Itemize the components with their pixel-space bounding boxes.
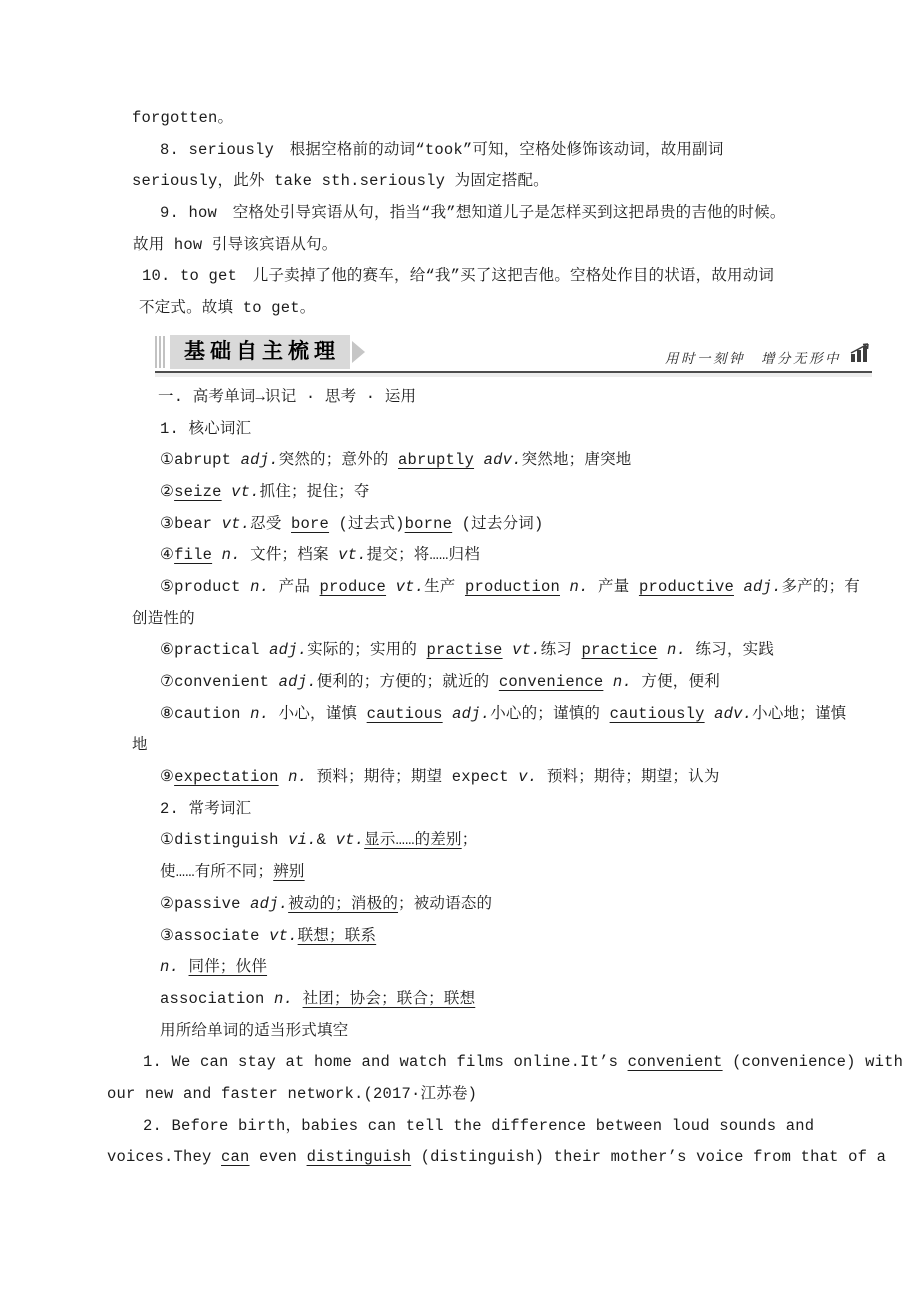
- text-segment: [443, 705, 453, 723]
- vocab-section: 一. 高考单词→识记 · 思考 · 运用1. 核心词汇①abrupt adj.突…: [0, 382, 920, 1174]
- text-segment: ；被动语态的: [398, 895, 492, 913]
- text-segment: adj.: [279, 673, 317, 691]
- text-line: 故用 how 引导该宾语从句。: [133, 230, 920, 262]
- text-line: 创造性的: [132, 604, 920, 636]
- text-segment: [222, 483, 232, 501]
- text-segment: vt.: [222, 515, 251, 533]
- banner-title: 基础自主梳理: [170, 335, 350, 369]
- underlined-term: cautiously: [610, 705, 705, 723]
- text-segment: 用所给单词的适当形式填空: [160, 1022, 348, 1040]
- document-page: forgotten。8. seriously 根据空格前的动词“took”可知，…: [0, 0, 920, 1302]
- text-segment: vt.: [336, 831, 365, 849]
- text-segment: n.: [667, 641, 686, 659]
- text-segment: [705, 705, 715, 723]
- text-segment: 突然的；意外的: [279, 451, 398, 469]
- text-segment: even: [250, 1148, 307, 1166]
- text-segment: vt.: [269, 927, 298, 945]
- underlined-term: practise: [427, 641, 503, 659]
- text-line: ③bear vt.忍受 bore (过去式)borne (过去分词): [160, 509, 920, 541]
- text-segment: n.: [250, 705, 269, 723]
- text-segment: 不定式。故填 to get。: [139, 299, 315, 317]
- text-segment: ；: [462, 831, 478, 849]
- underlined-term: 联想；联系: [298, 927, 377, 945]
- text-segment: vt.: [396, 578, 425, 596]
- text-segment: n.: [250, 578, 269, 596]
- text-line: ①abrupt adj.突然的；意外的 abruptly adv.突然地；唐突地: [160, 445, 920, 477]
- text-segment: 突然地；唐突地: [522, 451, 632, 469]
- underlined-term: convenient: [628, 1053, 723, 1071]
- text-line: 1. We can stay at home and watch films o…: [143, 1047, 920, 1079]
- text-line: ⑧caution n. 小心，谨慎 cautious adj.小心的；谨慎的 c…: [160, 699, 920, 731]
- text-line: 10. to get 儿子卖掉了他的赛车，给“我”买了这把吉他。空格处作目的状语…: [142, 261, 920, 293]
- text-line: association n. 社团；协会；联合；联想: [160, 984, 920, 1016]
- text-segment: ⑧caution: [160, 705, 250, 723]
- text-segment: 地: [132, 736, 148, 754]
- text-segment: vt.: [512, 641, 541, 659]
- text-line: ③associate vt.联想；联系: [160, 921, 920, 953]
- text-segment: adj.: [241, 451, 279, 469]
- text-segment: [179, 958, 189, 976]
- text-line: 地: [132, 730, 920, 762]
- text-line: 9. how 空格处引导宾语从句，指当“我”想知道儿子是怎样买到这把昂贵的吉他的…: [160, 198, 920, 230]
- text-segment: ⑨: [160, 768, 174, 786]
- text-line: voices.They can even distinguish (distin…: [107, 1142, 920, 1174]
- text-segment: 预料；期待；期望；认为: [537, 768, 719, 786]
- text-segment: ⑤product: [160, 578, 250, 596]
- underlined-term: convenience: [499, 673, 604, 691]
- text-line: seriously，此外 take sth.seriously 为固定搭配。: [132, 166, 920, 198]
- text-segment: seriously，此外 take sth.seriously 为固定搭配。: [132, 172, 549, 190]
- text-segment: [279, 768, 289, 786]
- text-segment: vt.: [231, 483, 260, 501]
- text-line: 2. Before birth，babies can tell the diff…: [143, 1111, 920, 1143]
- text-segment: 抓住；捉住；夺: [260, 483, 370, 501]
- underlined-term: borne: [405, 515, 453, 533]
- text-segment: 小心的；谨慎的: [490, 705, 609, 723]
- text-segment: 方便，便利: [632, 673, 720, 691]
- text-segment: (convenience) with: [723, 1053, 904, 1071]
- text-segment: 使……有所不同；: [160, 863, 273, 881]
- text-segment: our new and faster network.(2017·江苏卷): [107, 1085, 477, 1103]
- text-segment: association: [160, 990, 274, 1008]
- text-segment: ②passive: [160, 895, 250, 913]
- text-segment: [603, 673, 613, 691]
- text-line: 用所给单词的适当形式填空: [160, 1016, 920, 1048]
- banner-left: 基础自主梳理: [155, 335, 365, 371]
- underlined-term: productive: [639, 578, 734, 596]
- text-line: ②passive adj.被动的；消极的；被动语态的: [160, 889, 920, 921]
- banner-tagline: 用时一刻钟 增分无形中: [665, 350, 841, 368]
- text-segment: [560, 578, 570, 596]
- text-segment: vi.: [288, 831, 317, 849]
- text-segment: (过去式): [329, 515, 405, 533]
- text-segment: [293, 990, 303, 1008]
- text-segment: [386, 578, 396, 596]
- text-line: forgotten。: [132, 103, 920, 135]
- text-segment: 1. 核心词汇: [160, 420, 251, 438]
- text-segment: [658, 641, 668, 659]
- text-segment: ③associate: [160, 927, 269, 945]
- text-segment: ⑦convenient: [160, 673, 279, 691]
- underlined-term: can: [221, 1148, 250, 1166]
- text-line: ②seize vt.抓住；捉住；夺: [160, 477, 920, 509]
- text-segment: n.: [570, 578, 589, 596]
- text-segment: adj.: [250, 895, 288, 913]
- text-segment: 小心地；谨慎: [752, 705, 846, 723]
- text-line: ⑨expectation n. 预料；期待；期望 expect v. 预料；期待…: [160, 762, 920, 794]
- underlined-term: 显示……的差别: [364, 831, 462, 849]
- text-segment: [474, 451, 484, 469]
- text-segment: (distinguish) their mother’s voice from …: [411, 1148, 886, 1166]
- text-segment: 创造性的: [132, 610, 195, 628]
- underlined-term: cautious: [367, 705, 443, 723]
- section-banner: 基础自主梳理 用时一刻钟 增分无形中: [155, 335, 872, 373]
- text-segment: n.: [222, 546, 241, 564]
- text-segment: 故用 how 引导该宾语从句。: [133, 236, 338, 254]
- text-line: 2. 常考词汇: [160, 794, 920, 826]
- text-line: 使……有所不同；辨别: [160, 857, 920, 889]
- text-segment: 生产: [424, 578, 465, 596]
- text-line: 8. seriously 根据空格前的动词“took”可知，空格处修饰该动词，故…: [160, 135, 920, 167]
- text-segment: ①abrupt: [160, 451, 241, 469]
- text-segment: 便利的；方便的；就近的: [317, 673, 499, 691]
- underlined-term: produce: [320, 578, 387, 596]
- text-segment: adj.: [269, 641, 307, 659]
- text-segment: 10. to get 儿子卖掉了他的赛车，给“我”买了这把吉他。空格处作目的状语…: [142, 267, 774, 285]
- text-segment: 2. Before birth，babies can tell the diff…: [143, 1117, 814, 1135]
- text-segment: 多产的；有: [781, 578, 860, 596]
- underlined-term: file: [174, 546, 212, 564]
- text-segment: 9. how 空格处引导宾语从句，指当“我”想知道儿子是怎样买到这把昂贵的吉他的…: [160, 204, 786, 222]
- underlined-term: bore: [291, 515, 329, 533]
- text-segment: 8. seriously 根据空格前的动词“took”可知，空格处修饰该动词，故…: [160, 141, 724, 159]
- text-line: ①distinguish vi.& vt.显示……的差别；: [160, 825, 920, 857]
- text-segment: 产量: [589, 578, 639, 596]
- text-segment: n.: [160, 958, 179, 976]
- text-line: 不定式。故填 to get。: [139, 293, 920, 325]
- text-segment: ①distinguish: [160, 831, 288, 849]
- underlined-term: abruptly: [398, 451, 474, 469]
- underlined-term: 被动的；消极的: [288, 895, 398, 913]
- text-segment: voices.They: [107, 1148, 221, 1166]
- text-line: our new and faster network.(2017·江苏卷): [107, 1079, 920, 1111]
- text-line: ⑤product n. 产品 produce vt.生产 production …: [160, 572, 920, 604]
- banner-stripes-icon: [155, 336, 167, 368]
- text-segment: adv.: [714, 705, 752, 723]
- text-segment: 提交；将……归档: [367, 546, 480, 564]
- underlined-term: 辨别: [273, 863, 304, 881]
- text-segment: ⑥practical: [160, 641, 269, 659]
- underlined-term: practice: [582, 641, 658, 659]
- text-segment: &: [317, 831, 336, 849]
- text-segment: 一. 高考单词→识记 · 思考 · 运用: [158, 388, 416, 406]
- text-segment: v.: [518, 768, 537, 786]
- underlined-term: 同伴；伙伴: [189, 958, 268, 976]
- text-segment: 产品: [269, 578, 319, 596]
- text-segment: 小心，谨慎: [269, 705, 367, 723]
- text-segment: 练习，实践: [686, 641, 774, 659]
- underlined-term: production: [465, 578, 560, 596]
- text-segment: 文件；档案: [241, 546, 339, 564]
- text-segment: adj.: [743, 578, 781, 596]
- text-segment: 预料；期待；期望 expect: [307, 768, 518, 786]
- text-line: ⑥practical adj.实际的；实用的 practise vt.练习 pr…: [160, 635, 920, 667]
- underlined-term: expectation: [174, 768, 279, 786]
- text-segment: adj.: [452, 705, 490, 723]
- text-segment: vt.: [338, 546, 367, 564]
- text-line: 一. 高考单词→识记 · 思考 · 运用: [158, 382, 920, 414]
- banner-arrow-icon: [352, 341, 365, 363]
- text-line: n. 同伴；伙伴: [160, 952, 920, 984]
- text-segment: 练习: [541, 641, 582, 659]
- text-segment: 忍受: [250, 515, 291, 533]
- text-segment: n.: [613, 673, 632, 691]
- text-segment: adv.: [484, 451, 522, 469]
- text-line: ④file n. 文件；档案 vt.提交；将……归档: [160, 540, 920, 572]
- text-segment: ②: [160, 483, 174, 501]
- text-segment: n.: [288, 768, 307, 786]
- answers-section: forgotten。8. seriously 根据空格前的动词“took”可知，…: [0, 0, 920, 325]
- underlined-term: distinguish: [307, 1148, 412, 1166]
- text-segment: 实际的；实用的: [307, 641, 426, 659]
- text-line: 1. 核心词汇: [160, 414, 920, 446]
- text-segment: n.: [274, 990, 293, 1008]
- growth-chart-icon: [848, 342, 872, 368]
- text-segment: ④: [160, 546, 174, 564]
- text-segment: ③bear: [160, 515, 222, 533]
- underlined-term: 社团；协会；联合；联想: [303, 990, 476, 1008]
- text-segment: forgotten。: [132, 109, 233, 127]
- text-segment: [503, 641, 513, 659]
- text-segment: 1. We can stay at home and watch films o…: [143, 1053, 628, 1071]
- banner-right: 用时一刻钟 增分无形中: [665, 342, 872, 371]
- text-segment: 2. 常考词汇: [160, 800, 251, 818]
- text-line: ⑦convenient adj.便利的；方便的；就近的 convenience …: [160, 667, 920, 699]
- text-segment: [212, 546, 222, 564]
- text-segment: (过去分词): [452, 515, 543, 533]
- underlined-term: seize: [174, 483, 222, 501]
